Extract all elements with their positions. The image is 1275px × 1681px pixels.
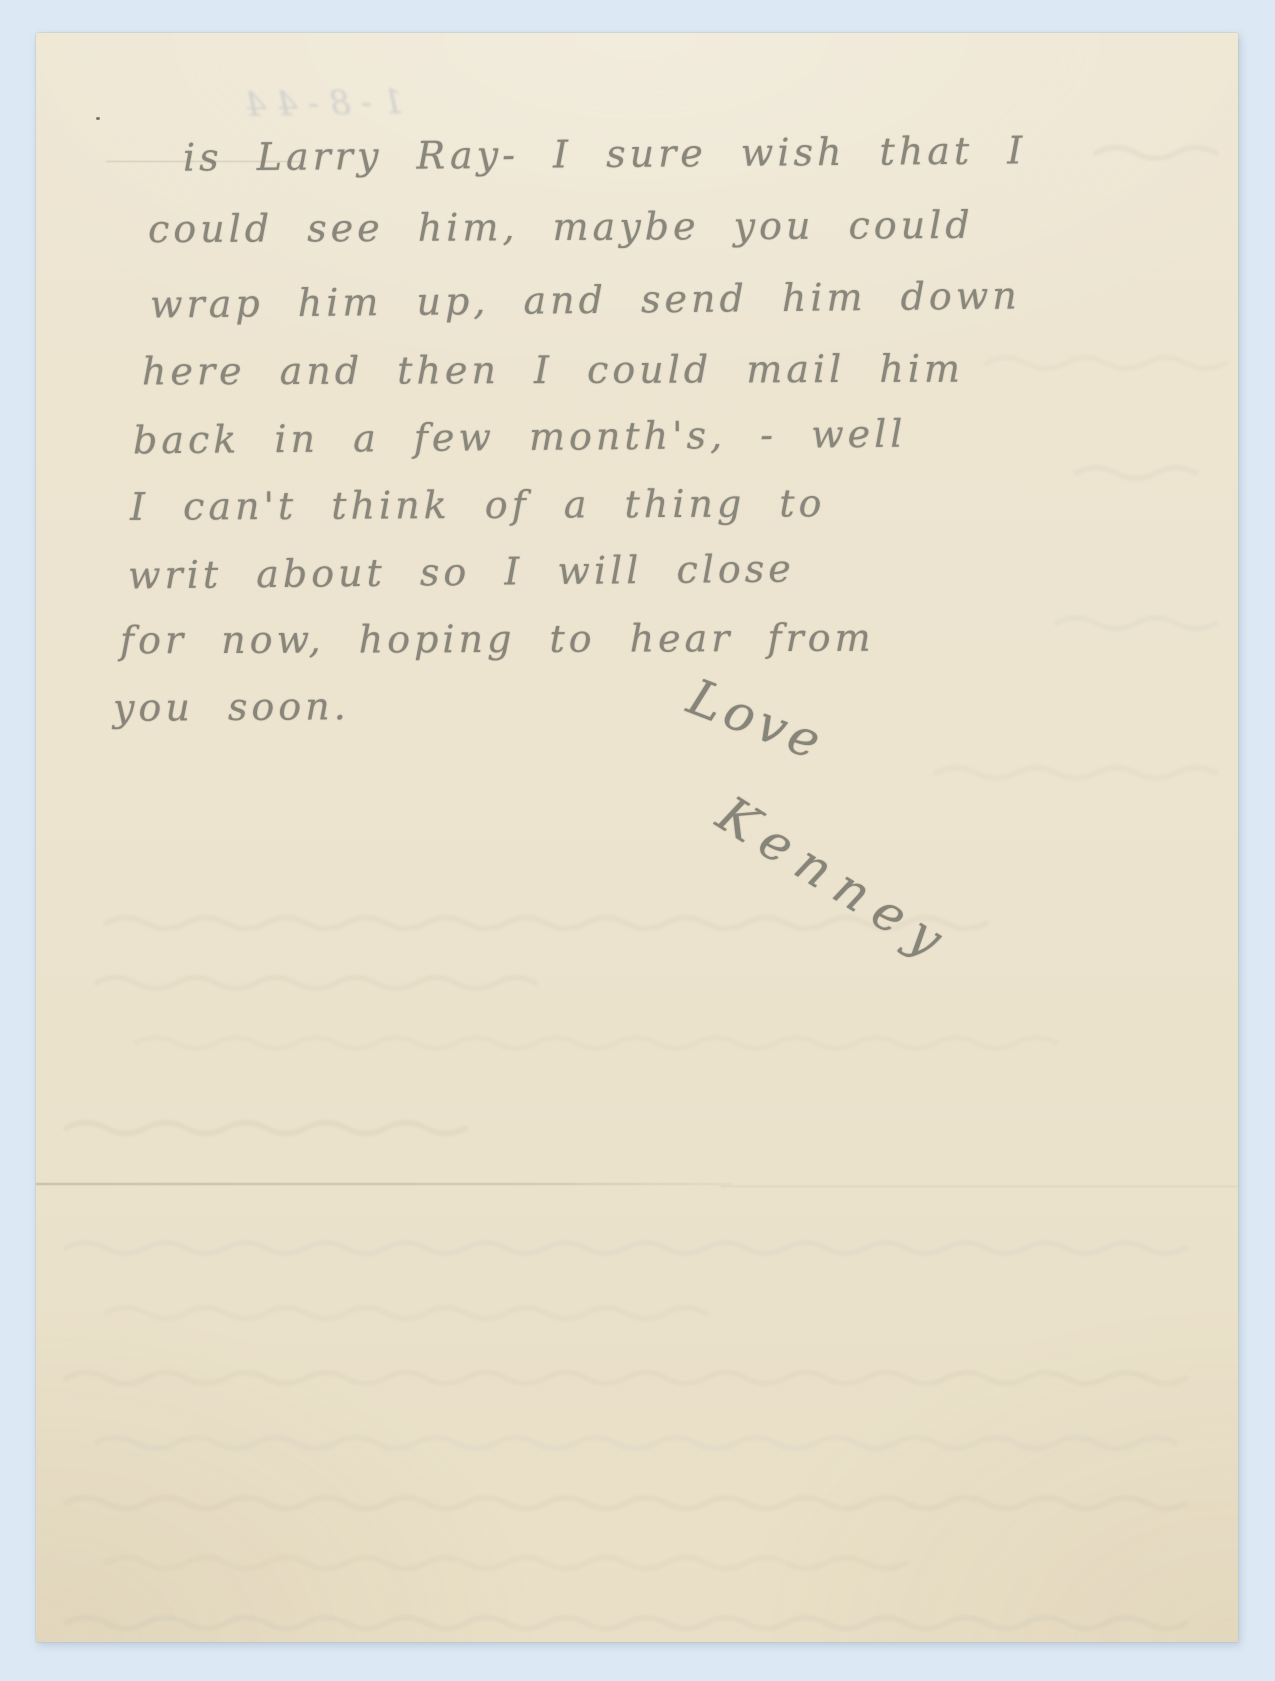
letter-line: here and then I could mail him: [142, 347, 964, 394]
scanned-letter-page: 1-8-44 is Larry Ray- I sure wish that I …: [0, 0, 1275, 1681]
letter-signature: Kenney: [707, 785, 963, 975]
letter-paper: 1-8-44 is Larry Ray- I sure wish that I …: [36, 33, 1238, 1642]
fold-crease-faint: [721, 1186, 1238, 1187]
letter-line: could see him, maybe you could: [148, 203, 974, 251]
letter-line: writ about so I will close: [128, 547, 795, 598]
bleedthrough-ghost-strokes: [36, 33, 1238, 1642]
paper-speck: [96, 117, 100, 120]
letter-line: is Larry Ray- I sure wish that I: [183, 128, 1027, 179]
fold-crease-top: [106, 161, 301, 162]
letter-line: you soon.: [113, 684, 350, 730]
letter-line: for now, hoping to hear from: [120, 616, 875, 663]
bleedthrough-date: 1-8-44: [74, 82, 405, 128]
fold-crease: [36, 1183, 733, 1185]
letter-closing: Love: [680, 668, 833, 773]
letter-line: wrap him up, and send him down: [150, 273, 1021, 326]
letter-line: back in a few month's, - well: [133, 412, 907, 463]
letter-line: I can't think of a thing to: [130, 481, 826, 529]
